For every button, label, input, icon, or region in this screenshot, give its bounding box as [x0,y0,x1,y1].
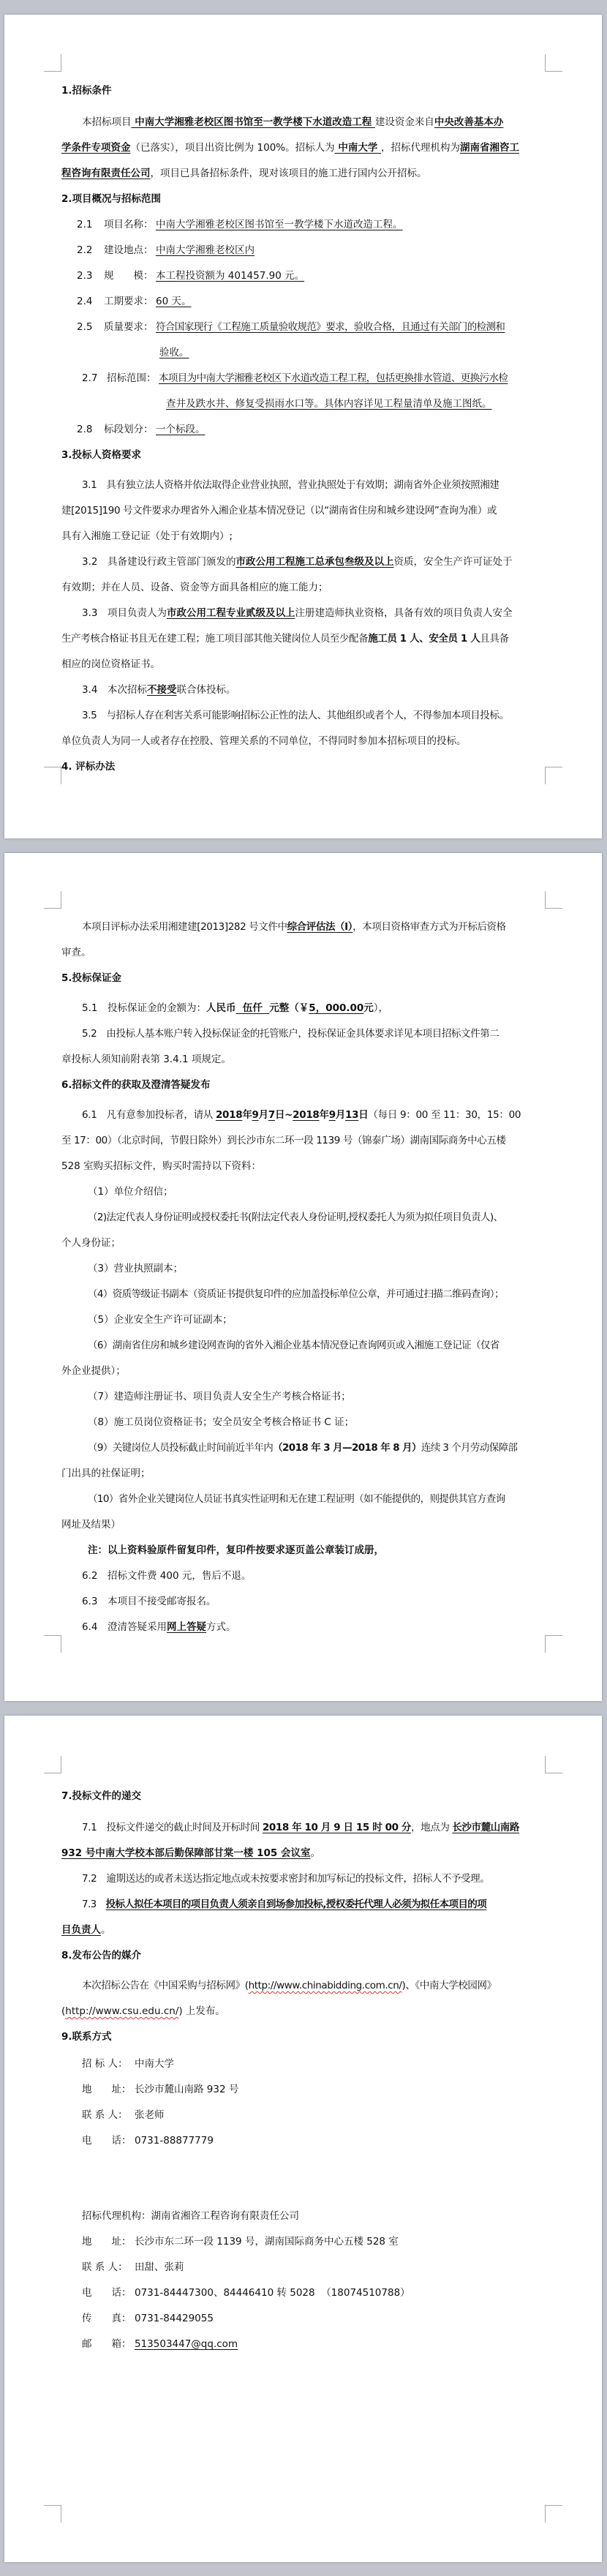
margin-corner-mark [44,767,61,784]
required-doc-7: （7）建造师注册证书、项目负责人安全生产考核合格证书； [61,1384,546,1410]
late-submission-7-2: 7.2 逾期送达的或者未送达指定地点或未按要求密封和加写标记的投标文件，招标人不… [61,1866,546,1892]
project-item-2-7: 2.7招标范围：本项目为中南大学湘雅老校区下水道改造工程工程，包括更换排水管道、… [61,366,546,391]
tender-conditions-paragraph: 本招标项目 中南大学湘雅老校区图书馆至一教学楼下水道改造工程 建设资金来自中央改… [61,110,546,135]
section-heading-8: 8.发布公告的媒介 [61,1943,546,1969]
document-page-3: 7.投标文件的递交 7.1 投标文件递交的截止时间及开标时间 2018 年 10… [4,1716,602,2562]
agent-contact-row: 联 系 人：田甜、张莉 [61,2255,546,2280]
page-2-content: 本项目评标办法采用湘建建[2013]282 号文件中综合评估法（I），本项目资格… [61,915,546,1640]
csu-link[interactable]: http://www.csu.edu.cn/ [65,2005,178,2017]
qualification-3-5: 3.5 与招标人存在利害关系可能影响招标公正性的法人、其他组织或者个人，不得参加… [61,703,546,729]
document-purchase-6-1: 6.1 凡有意参加投标者，请从 2018年9月7日~2018年9月13日（每日 … [61,1103,546,1128]
required-doc-10: （10）省外企业关键岗位人员证书真实性证明和无在建工程证明（如不能提供的，则提供… [61,1487,546,1512]
required-doc-8: （8）施工员岗位资格证书；安全员安全考核合格证书 C 证； [61,1410,546,1435]
clarification-6-4: 6.4 澄清答疑采用网上答疑方式。 [61,1615,546,1640]
section-heading-5: 5.投标保证金 [61,966,546,991]
qualification-3-2: 3.2 具备建设行政主管部门颁发的市政公用工程施工总承包叁级及以上资质，安全生产… [61,549,546,575]
agent-phone-row: 电 话：0731-84447300、84446410 转 5028 （18074… [61,2280,546,2306]
tenderer-contact-row: 联 系 人：张老师 [61,2103,546,2128]
page-3-content: 7.投标文件的递交 7.1 投标文件递交的截止时间及开标时间 2018 年 10… [61,1784,546,2357]
margin-corner-mark [545,54,562,72]
section-heading-4: 4. 评标办法 [61,754,546,780]
margin-corner-mark [545,2505,562,2523]
document-fee-6-2: 6.2 招标文件费 400 元，售后不退。 [61,1563,546,1589]
required-doc-9: （9）关键岗位人员投标截止时间前近半年内（2018 年 3 月—2018 年 8… [61,1435,546,1461]
project-item-2-8: 2.8标段划分：一个标段。 [61,417,546,443]
section-heading-7: 7.投标文件的递交 [61,1784,546,1809]
agent-name-row: 招标代理机构：湖南省湘咨工程咨询有限责任公司 [61,2204,546,2229]
margin-corner-mark [44,1756,61,1773]
required-doc-4: （4）资质等级证书副本（资质证书提供复印件的应加盖投标单位公章，并可通过扫描二维… [61,1282,546,1307]
agent-fax-row: 传 真：0731-84429055 [61,2306,546,2332]
required-doc-6: （6）湖南省住房和城乡建设网查询的省外入湘企业基本情况登记查询网页或入湘施工登记… [61,1333,546,1359]
submission-7-1: 7.1 投标文件递交的截止时间及开标时间 2018 年 10 月 9 日 15 … [61,1815,546,1841]
margin-corner-mark [44,891,61,909]
email-link[interactable]: 513503447@qq.com [135,2338,238,2350]
project-item-2-1: 2.1项目名称：中南大学湘雅老校区图书馆至一教学楼下水道改造工程。 [61,212,546,238]
margin-corner-mark [44,54,61,72]
attendance-7-3: 7.3 投标人拟任本项目的项目负责人须亲自到场参加投标,授权委托代理人必须为拟任… [61,1892,546,1918]
margin-corner-mark [44,1635,61,1653]
qualification-3-1: 3.1 具有独立法人资格并依法取得企业营业执照，营业执照处于有效期；湖南省外企业… [61,473,546,498]
section-heading-9: 9.联系方式 [61,2024,546,2050]
margin-corner-mark [545,1635,562,1653]
document-page-2: 本项目评标办法采用湘建建[2013]282 号文件中综合评估法（I），本项目资格… [4,853,602,1701]
chinabidding-link[interactable]: http://www.chinabidding.com.cn/ [249,1980,402,1991]
bid-bond-5-1: 5.1 投标保证金的金额为：人民币 伍仟 元整（￥5，000.00元）， [61,996,546,1021]
tenderer-name: 中南大学 [335,142,381,154]
agent-name: 湖南省湘咨工 [460,142,519,154]
publication-media-paragraph: 本次招标公告在《中国采购与招标网》(http://www.chinabiddin… [61,1973,546,1999]
project-item-2-2: 2.2建设地点：中南大学湘雅老校区内 [61,238,546,263]
required-doc-1: （1）单位介绍信； [61,1179,546,1205]
project-name: 中南大学湘雅老校区图书馆至一教学楼下水道改造工程 [132,116,375,128]
document-page-1: 1.招标条件 本招标项目 中南大学湘雅老校区图书馆至一教学楼下水道改造工程 建设… [4,15,602,838]
fund-source: 中央改善基本办 [434,116,504,128]
project-item-2-5: 2.5质量要求：符合国家现行《工程施工质量验收规范》要求，验收合格，且通过有关部… [61,315,546,340]
qualification-3-4: 3.4 本次招标不接受联合体投标。 [61,677,546,703]
required-docs-note: 注：以上资料验原件留复印件，复印件按要求逐页盖公章装订成册， [61,1538,546,1563]
project-item-2-4: 2.4工期要求：60 天。 [61,289,546,315]
margin-corner-mark [545,767,562,784]
no-mail-registration-6-3: 6.3 本项目不接受邮寄报名。 [61,1589,546,1615]
required-doc-3: （3）营业执照副本； [61,1256,546,1282]
section-heading-3: 3.投标人资格要求 [61,443,546,468]
tenderer-name-row: 招 标 人：中南大学 [61,2051,546,2077]
project-item-2-3: 2.3规 模：本工程投资额为 401457.90 元。 [61,263,546,289]
section-heading-6: 6.招标文件的获取及澄清答疑发布 [61,1073,546,1098]
margin-corner-mark [44,2505,61,2523]
tenderer-phone-row: 电 话：0731-88877779 [61,2128,546,2154]
tenderer-address-row: 地 址：长沙市麓山南路 932 号 [61,2077,546,2103]
required-doc-5: （5）企业安全生产许可证副本； [61,1307,546,1333]
section-heading-2: 2.项目概况与招标范围 [61,187,546,212]
margin-corner-mark [545,891,562,909]
agent-address-row: 地 址：长沙市东二环一段 1139 号，湖南国际商务中心五楼 528 室 [61,2229,546,2255]
qualification-3-3: 3.3 项目负责人为市政公用工程专业贰级及以上注册建造师执业资格，具备有效的项目… [61,601,546,626]
required-doc-2: （2)法定代表人身份证明或授权委托书(附法定代表人身份证明,授权委托人为须为拟任… [61,1205,546,1231]
page-1-content: 1.招标条件 本招标项目 中南大学湘雅老校区图书馆至一教学楼下水道改造工程 建设… [61,78,546,780]
margin-corner-mark [545,1756,562,1773]
section-heading-1: 1.招标条件 [61,78,546,104]
evaluation-method-paragraph: 本项目评标办法采用湘建建[2013]282 号文件中综合评估法（I），本项目资格… [61,915,546,940]
agent-email-row: 邮 箱：513503447@qq.com [61,2332,546,2357]
bid-bond-5-2: 5.2 由投标人基本账户转入投标保证金的托管账户，投标保证金具体要求详见本项目招… [61,1021,546,1047]
